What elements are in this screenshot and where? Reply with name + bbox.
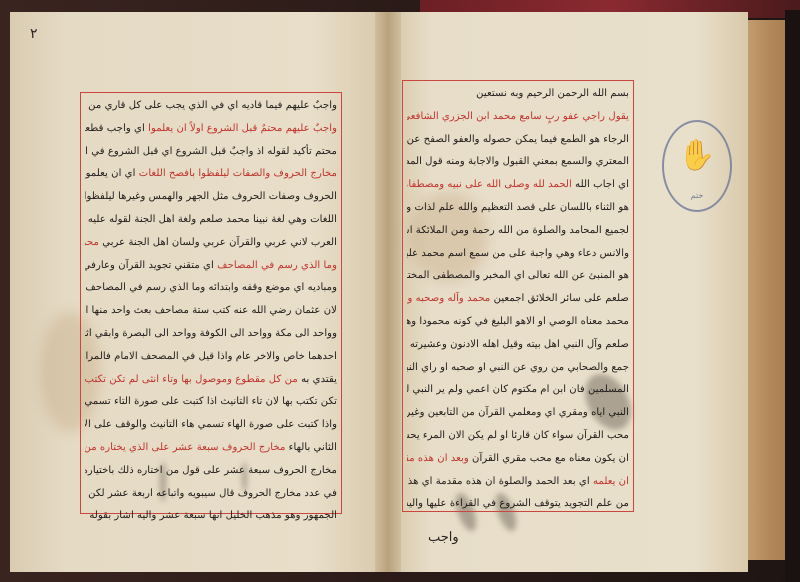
manuscript-line: مخارج الحروف سبعة عشر على قول من اختاره …	[85, 460, 337, 483]
manuscript-line: لان عثمان رضي الله عنه كتب ستة مصاحف بعث…	[85, 300, 337, 323]
manuscript-line: واذا كتبت على صورة الهاء تسمي هاء التاني…	[85, 414, 337, 437]
manuscript-line: احدهما خاص والاخر عام واذا قيل في المصحف…	[85, 346, 337, 369]
right-text-frame: بسم الله الرحمن الرحيم وبه نستعينيقول را…	[402, 80, 634, 512]
manuscript-line: العرب لاني عربي والقرآن عربي ولسان اهل ا…	[85, 232, 337, 255]
right-text-block: بسم الله الرحمن الرحيم وبه نستعينيقول را…	[407, 83, 629, 516]
manuscript-line: اللغات وهي لغة نبينا محمد صلعم ولغة اهل …	[85, 209, 337, 232]
manuscript-line: لجميع المحامد والصلوة من الله رحمة ومن ا…	[407, 220, 629, 243]
rubric: ان يعلمه	[593, 476, 629, 487]
manuscript-line: هو الثناء باللسان على قصد التعظيم والله …	[407, 197, 629, 220]
manuscript-line: يقول راجي عفو ربٍ سامع محمد ابن الجزري ا…	[407, 106, 629, 129]
rubric: واجبٌ عليهم محتمٌ قبل الشروع اولاً ان يع…	[148, 123, 337, 134]
manuscript-line: محتم تأكيد لقوله اذ واجبٌ قبل الشروع اي …	[85, 141, 337, 164]
seal-text: ختم	[672, 191, 722, 200]
manuscript-line: واجبٌ عليهم فيما قاديه اي في الذي يجب عل…	[85, 95, 337, 118]
manuscript-line: جمع والصحابي من روي عن النبي او صحبه او …	[407, 357, 629, 380]
catchword: واجب	[428, 530, 459, 545]
manuscript-line: واجبٌ عليهم محتمٌ قبل الشروع اولاً ان يع…	[85, 118, 337, 141]
manuscript-line: الثاني بالهاء مخارج الحروف سبعة عشر على …	[85, 437, 337, 460]
left-text-frame: واجبٌ عليهم فيما قاديه اي في الذي يجب عل…	[80, 92, 342, 514]
rubric: وبعد ان هذه مقدمة فيما على قارئه	[407, 453, 469, 464]
rubric: وما الذي رسم في المصاحف	[217, 260, 337, 271]
rubric: محمد وآله وصحبه ومقري القرآن مع محبه	[407, 293, 490, 304]
manuscript-line: بسم الله الرحمن الرحيم وبه نستعين	[407, 83, 629, 106]
manuscript-line: وما الذي رسم في المصاحف اي متقني تجويد ا…	[85, 255, 337, 278]
manuscript-line: الرجاء هو الطمع فيما يمكن حصوله والعفو ا…	[407, 129, 629, 152]
manuscript-line: مخارج الحروف والصفات ليلفظوا بافصح اللغا…	[85, 163, 337, 186]
rubric: الحمد لله وصلى الله على نبيه ومصطفاه	[407, 179, 572, 190]
manuscript-line: والانس دعاء وهي واجبة على من سمع اسم محم…	[407, 243, 629, 266]
manuscript-line: ان يعلمه اي بعد الحمد والصلوة ان هذه مقد…	[407, 471, 629, 494]
manuscript-line: صلعم وآل النبي اهل بيته وقيل اهله الادنو…	[407, 334, 629, 357]
rubric: مخارج الحروف والصفات ليلفظوا بافصح اللغا…	[139, 168, 337, 179]
hamsa-icon: ✋	[678, 138, 714, 174]
manuscript-line: صلعم على سائر الخلائق اجمعين محمد وآله و…	[407, 288, 629, 311]
rubric: محرر التجويد والمواقف	[85, 237, 99, 248]
manuscript-line: تكن تكتب بها لان تاء التانيث اذا كتبت عل…	[85, 391, 337, 414]
rubric: مخارج الحروف سبعة عشر على الذي يختاره من…	[85, 442, 285, 453]
rubric: من كل مقطوع وموصول بها وتاء انثى لم تكن …	[85, 374, 298, 385]
folio-number: ٢	[30, 26, 38, 42]
manuscript-line: محب القرآن سواء كان قارئا او لم يكن الان…	[407, 425, 629, 448]
manuscript-line: الحروف وصفات الحروف مثل الجهر والهمس وغي…	[85, 186, 337, 209]
rubric: يقول راجي عفو ربٍ سامع محمد ابن الجزري ا…	[407, 111, 629, 122]
manuscript-line: النبي اياه ومقري اي ومعلمي القرآن من الت…	[407, 402, 629, 425]
cover-edge	[785, 10, 800, 582]
manuscript-line: يقتدي به من كل مقطوع وموصول بها وتاء انث…	[85, 369, 337, 392]
manuscript-line: من علم التجويد يتوقف الشروع في القراءة ع…	[407, 493, 629, 516]
manuscript-line: المسلمين فان ابن ام مكتوم كان اعمي ولم ي…	[407, 379, 629, 402]
manuscript-line: وواحد الى مكة وواحد الى الكوفة وواحد الى…	[85, 323, 337, 346]
manuscript-line: ومباديه اي موضع وقفه وابتدائه وما الذي ر…	[85, 277, 337, 300]
manuscript-line: الجمهور وهو مذهب الخليل انها سبعة عشر وا…	[85, 505, 337, 528]
left-text-block: واجبٌ عليهم فيما قاديه اي في الذي يجب عل…	[85, 95, 337, 528]
manuscript-line: محمد معناه الوصي او الاهو البليغ في كونه…	[407, 311, 629, 334]
book-gutter	[375, 12, 401, 572]
manuscript-line: اي اجاب الله الحمد لله وصلى الله على نبي…	[407, 174, 629, 197]
manuscript-line: المعتري والسمع بمعني القبول والاجابة ومن…	[407, 151, 629, 174]
manuscript-line: هو المنبئ عن الله تعالى اي المخبر والمصط…	[407, 265, 629, 288]
manuscript-line: في عدد مخارج الحروف قال سيبويه واتباعه ا…	[85, 483, 337, 506]
ownership-seal: ✋ ختم	[662, 120, 732, 212]
manuscript-line: ان يكون معناه مع محب مقري القرآن وبعد ان…	[407, 448, 629, 471]
